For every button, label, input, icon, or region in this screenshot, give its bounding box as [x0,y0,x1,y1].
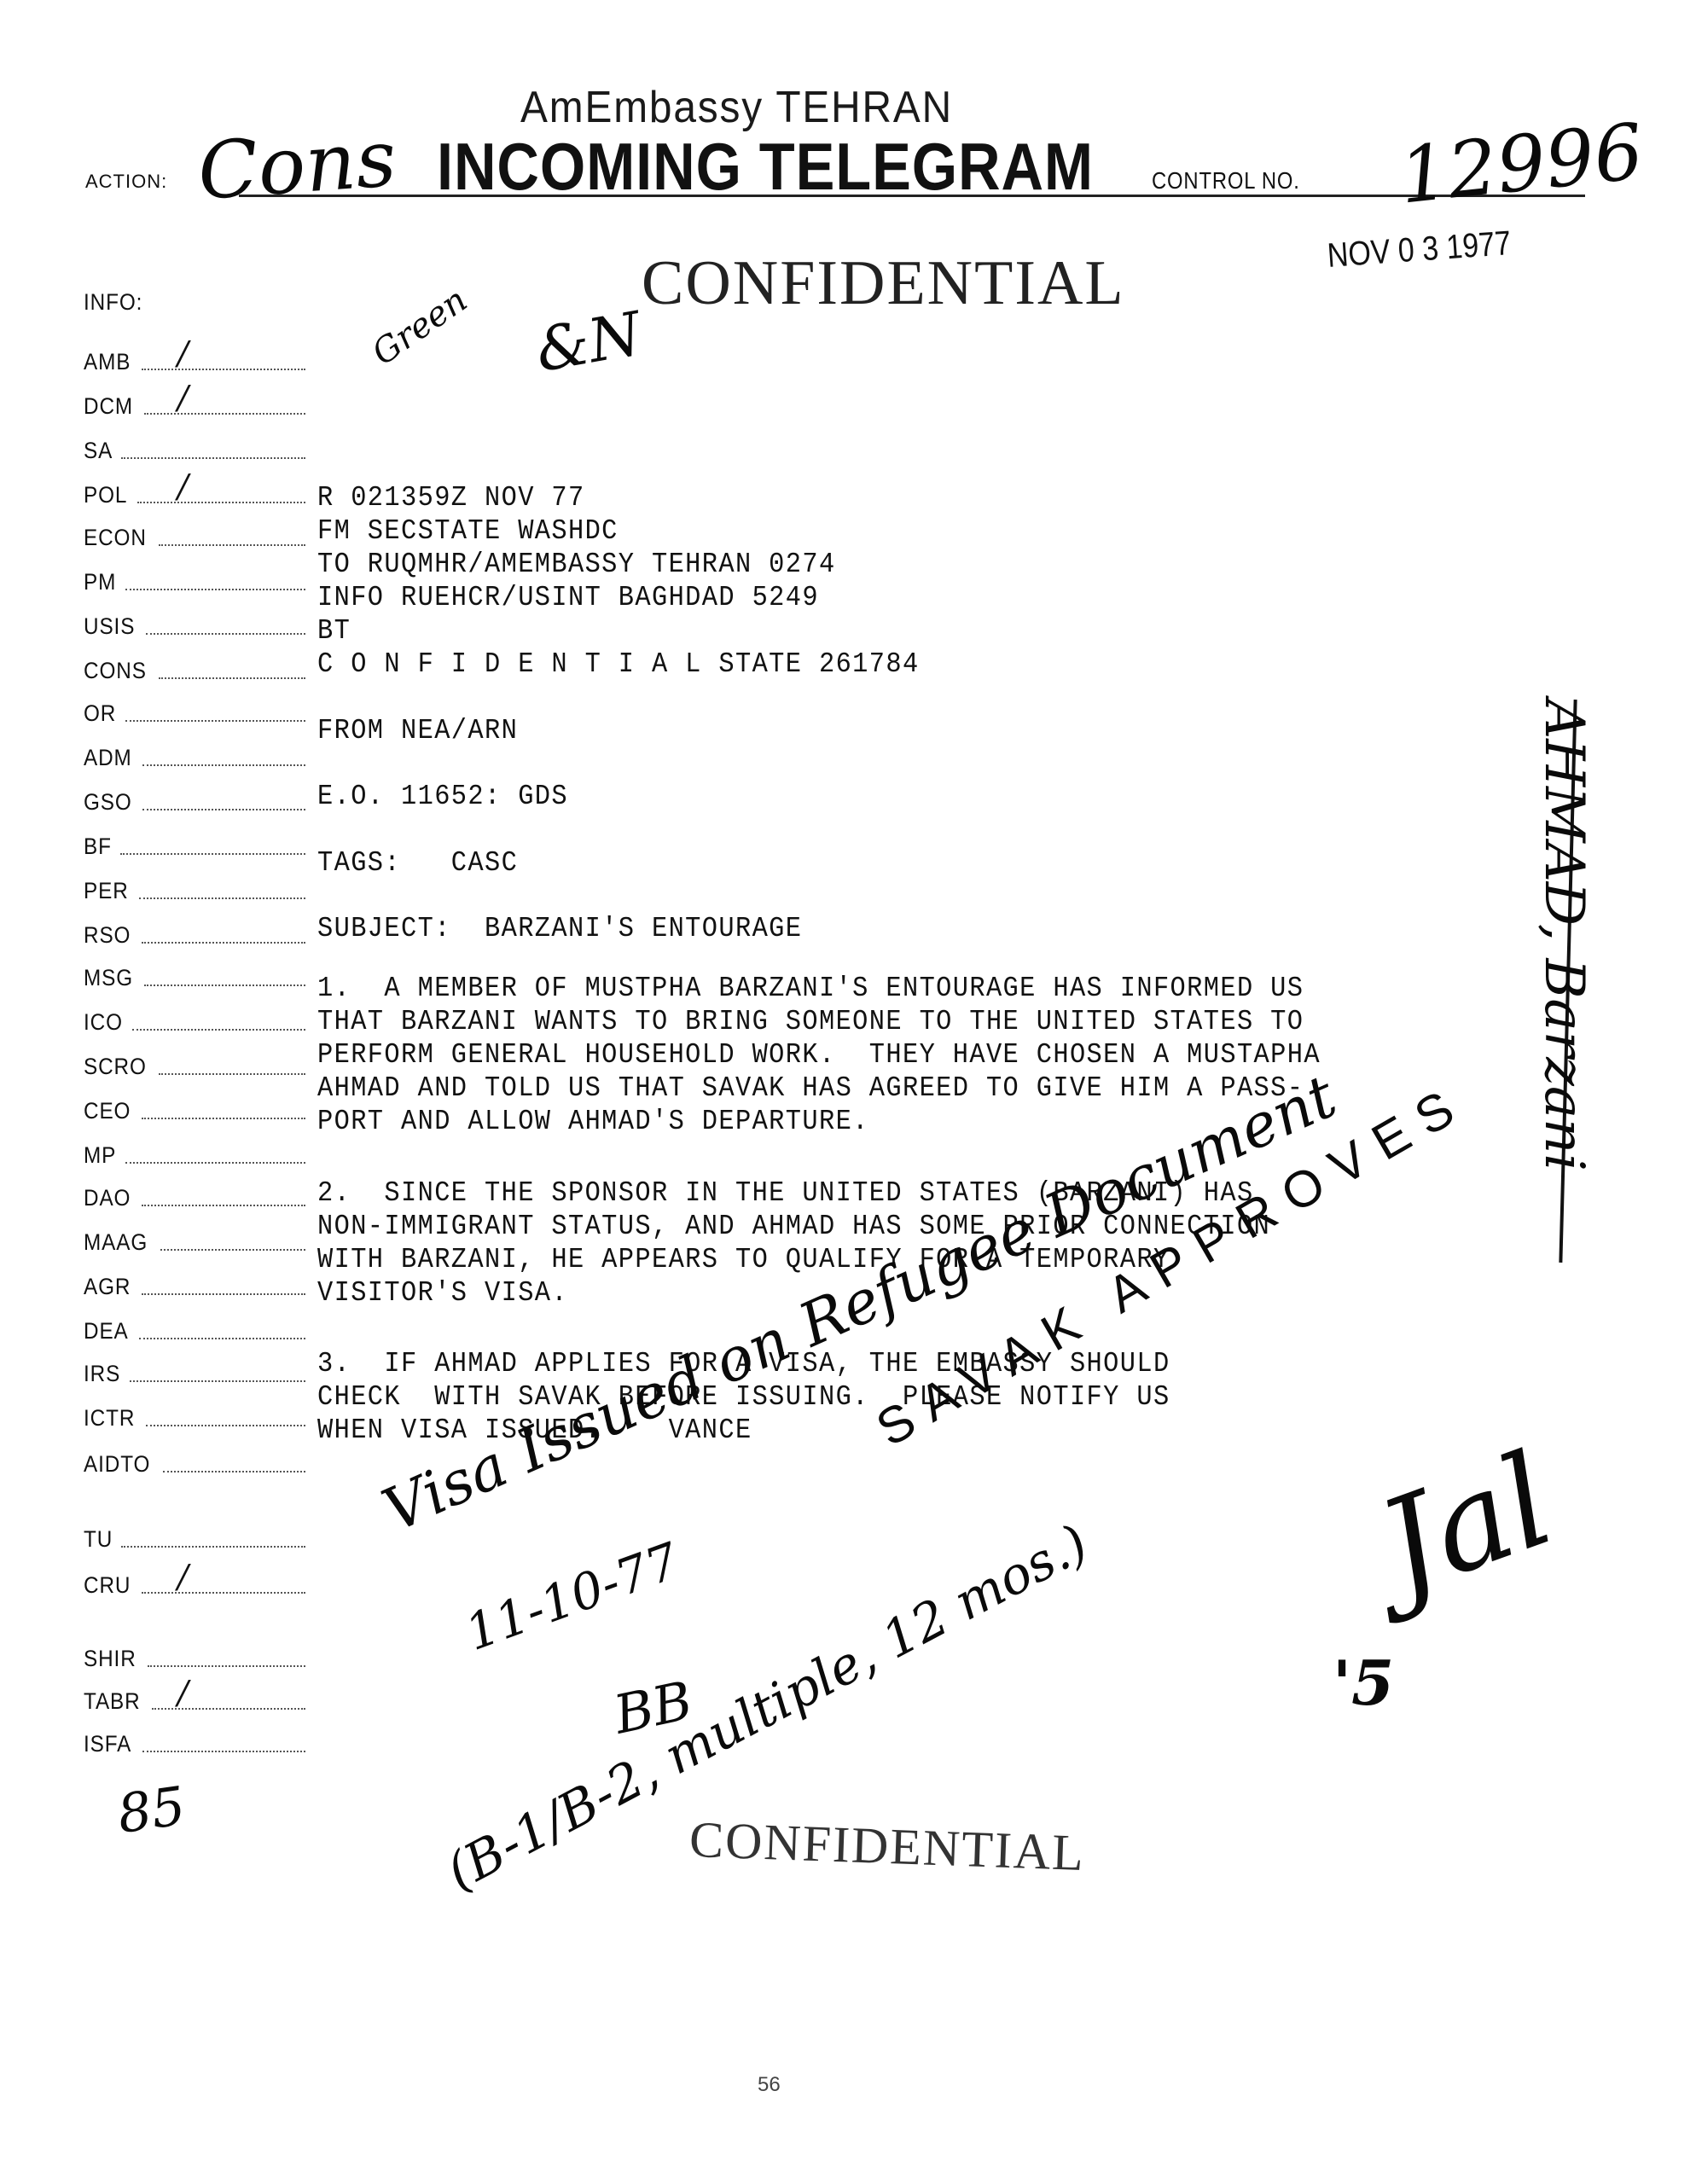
routing-label: AIDTO [84,1451,150,1478]
routing-label: ICO [84,1009,123,1036]
paragraph-1-line: PORT AND ALLOW AHMAD'S DEPARTURE. [317,1106,869,1137]
routing-label: MAAG [84,1229,148,1256]
routing-item: PM [84,561,305,595]
routing-label: OR [84,700,116,727]
routing-blank-line [130,1380,305,1382]
routing-item: AIDTO [84,1443,305,1478]
routing-label: SA [84,438,113,464]
routing-check-mark-icon: / [177,379,189,416]
telegram-header-line: FM SECSTATE WASHDC [317,515,619,547]
routing-check-mark-icon: / [177,1558,189,1595]
routing-item: TABR/ [84,1681,305,1715]
routing-blank-line [142,942,305,944]
routing-label: AMB [84,349,131,375]
routing-blank-line [121,1546,305,1548]
routing-item: MSG [84,957,305,991]
routing-label: ISFA [84,1731,131,1757]
telegram-from: FROM NEA/ARN [317,715,518,746]
routing-label: AGR [84,1274,131,1300]
telegram-header-line: BT [317,615,351,647]
telegram-header-line: INFO RUEHCR/USINT BAGHDAD 5249 [317,582,819,613]
routing-item: INFO: [84,282,305,316]
routing-label: IRS [84,1361,120,1387]
date-stamp: NOV 0 3 1977 [1326,224,1512,276]
routing-blank-line [139,897,305,899]
routing-item: ICO [84,1002,305,1036]
routing-blank-line [142,1592,306,1594]
routing-blank-line [146,633,305,635]
routing-item: DEA [84,1310,305,1345]
routing-label: POL [84,482,127,508]
routing-item: MP [84,1135,305,1169]
routing-label: CEO [84,1098,131,1124]
routing-item: RSO [84,915,305,949]
embassy-name: AmEmbassy TEHRAN [520,82,953,133]
routing-blank-line [125,720,306,722]
routing-item: OR [84,693,305,727]
routing-label: PM [84,569,116,595]
routing-blank-line [159,544,305,546]
routing-check-mark-icon: / [177,1674,189,1711]
routing-item: CONS [84,650,305,684]
handwritten-signature: Jal [1362,1426,1571,1623]
telegram-subject: SUBJECT: BARZANI'S ENTOURAGE [317,913,802,944]
routing-blank-line [146,1425,305,1426]
routing-label: ADM [84,745,132,771]
routing-label: DEA [84,1318,129,1345]
routing-blank-line [142,809,305,810]
page-number: 56 [758,2073,781,2097]
routing-item: GSO [84,781,305,816]
paragraph-1-line: AHMAD AND TOLD US THAT SAVAK HAS AGREED … [317,1072,1304,1104]
header-rule [239,195,1585,197]
routing-blank-line [125,589,306,590]
handwritten-date: 11-10-77 [458,1531,687,1662]
routing-blank-line [142,1205,305,1206]
paragraph-1-line: 1. A MEMBER OF MUSTPHA BARZANI'S ENTOURA… [317,973,1304,1004]
routing-label: BF [84,834,112,860]
telegram-classification-line: C O N F I D E N T I A L STATE 261784 [317,648,920,680]
routing-item: BF [84,826,305,860]
telegram-header-line: R 021359Z NOV 77 [317,482,585,514]
routing-item: SA [84,430,305,464]
paragraph-2-line: VISITOR'S VISA. [317,1277,568,1309]
routing-blank-line [120,853,305,855]
routing-blank-line [142,1293,305,1295]
routing-blank-line [148,1665,305,1667]
routing-label: MSG [84,965,133,991]
routing-blank-line [139,1338,305,1339]
routing-item: DAO [84,1177,305,1211]
paragraph-1-line: THAT BARZANI WANTS TO BRING SOMEONE TO T… [317,1006,1304,1037]
telegram-eo: E.O. 11652: GDS [317,781,568,812]
routing-item: AGR [84,1266,305,1300]
routing-item: AMB/ [84,341,305,375]
paragraph-1-line: PERFORM GENERAL HOUSEHOLD WORK. THEY HAV… [317,1039,1321,1071]
routing-label: PER [84,878,129,904]
routing-label: DAO [84,1185,131,1211]
routing-blank-line [142,1118,305,1119]
routing-item: PER [84,870,305,904]
routing-item: ECON [84,517,305,551]
routing-label: TABR [84,1688,141,1715]
handwritten-mark: '5 [1333,1647,1394,1719]
routing-blank-line [142,764,305,766]
routing-label: USIS [84,613,135,640]
telegram-tags: TAGS: CASC [317,847,518,879]
routing-blank-line [144,985,305,986]
routing-blank-line [152,1708,305,1710]
routing-item: SHIR [84,1638,305,1672]
routing-label: INFO: [84,289,142,316]
control-number-label: CONTROL NO. [1152,167,1300,195]
control-number: 12996 [1395,107,1647,221]
routing-label: SCRO [84,1054,147,1080]
handwritten-initials: Green [365,281,474,374]
routing-item: IRS [84,1353,305,1387]
routing-item: CEO [84,1090,305,1124]
telegram-header-line: TO RUQMHR/AMEMBASSY TEHRAN 0274 [317,549,836,580]
routing-label: DCM [84,393,133,420]
routing-blank-line [163,1471,305,1472]
routing-label: MP [84,1142,116,1169]
routing-blank-line [142,1751,305,1752]
routing-label: ECON [84,525,147,551]
routing-item: TU [84,1519,305,1553]
routing-label: SHIR [84,1646,136,1672]
handwritten-initials-bottom-left: 85 [113,1774,189,1845]
routing-label: ICTR [84,1405,135,1432]
routing-label: GSO [84,789,132,816]
routing-blank-line [159,1073,305,1075]
routing-blank-line [142,369,305,370]
routing-blank-line [137,502,305,503]
routing-blank-line [121,457,305,459]
routing-blank-line [125,1162,306,1164]
routing-label: CONS [84,658,147,684]
routing-item: ICTR [84,1397,305,1432]
routing-item: DCM/ [84,386,305,420]
handwritten-initials-2: &N [531,299,647,386]
routing-check-mark-icon: / [177,468,189,505]
routing-label: RSO [84,922,131,949]
routing-item: ADM [84,737,305,771]
classification-stamp-bottom: CONFIDENTIAL [688,1810,1086,1883]
routing-blank-line [144,413,306,415]
routing-item: ISFA [84,1723,305,1757]
routing-item: MAAG [84,1222,305,1256]
routing-item: POL/ [84,474,305,508]
action-label: ACTION: [85,171,167,193]
action-handwritten: Cons [195,113,399,218]
routing-item: USIS [84,606,305,640]
margin-handwritten-note: AHMAD, Barzani [1532,700,1595,1171]
routing-blank-line [160,1249,305,1251]
routing-label: CRU [84,1572,131,1599]
routing-check-mark-icon: / [177,334,189,372]
routing-item: CRU/ [84,1565,305,1599]
routing-item: SCRO [84,1046,305,1080]
classification-stamp-top: CONFIDENTIAL [642,247,1125,320]
routing-blank-line [159,677,305,679]
routing-blank-line [132,1029,305,1031]
routing-label: TU [84,1526,113,1553]
